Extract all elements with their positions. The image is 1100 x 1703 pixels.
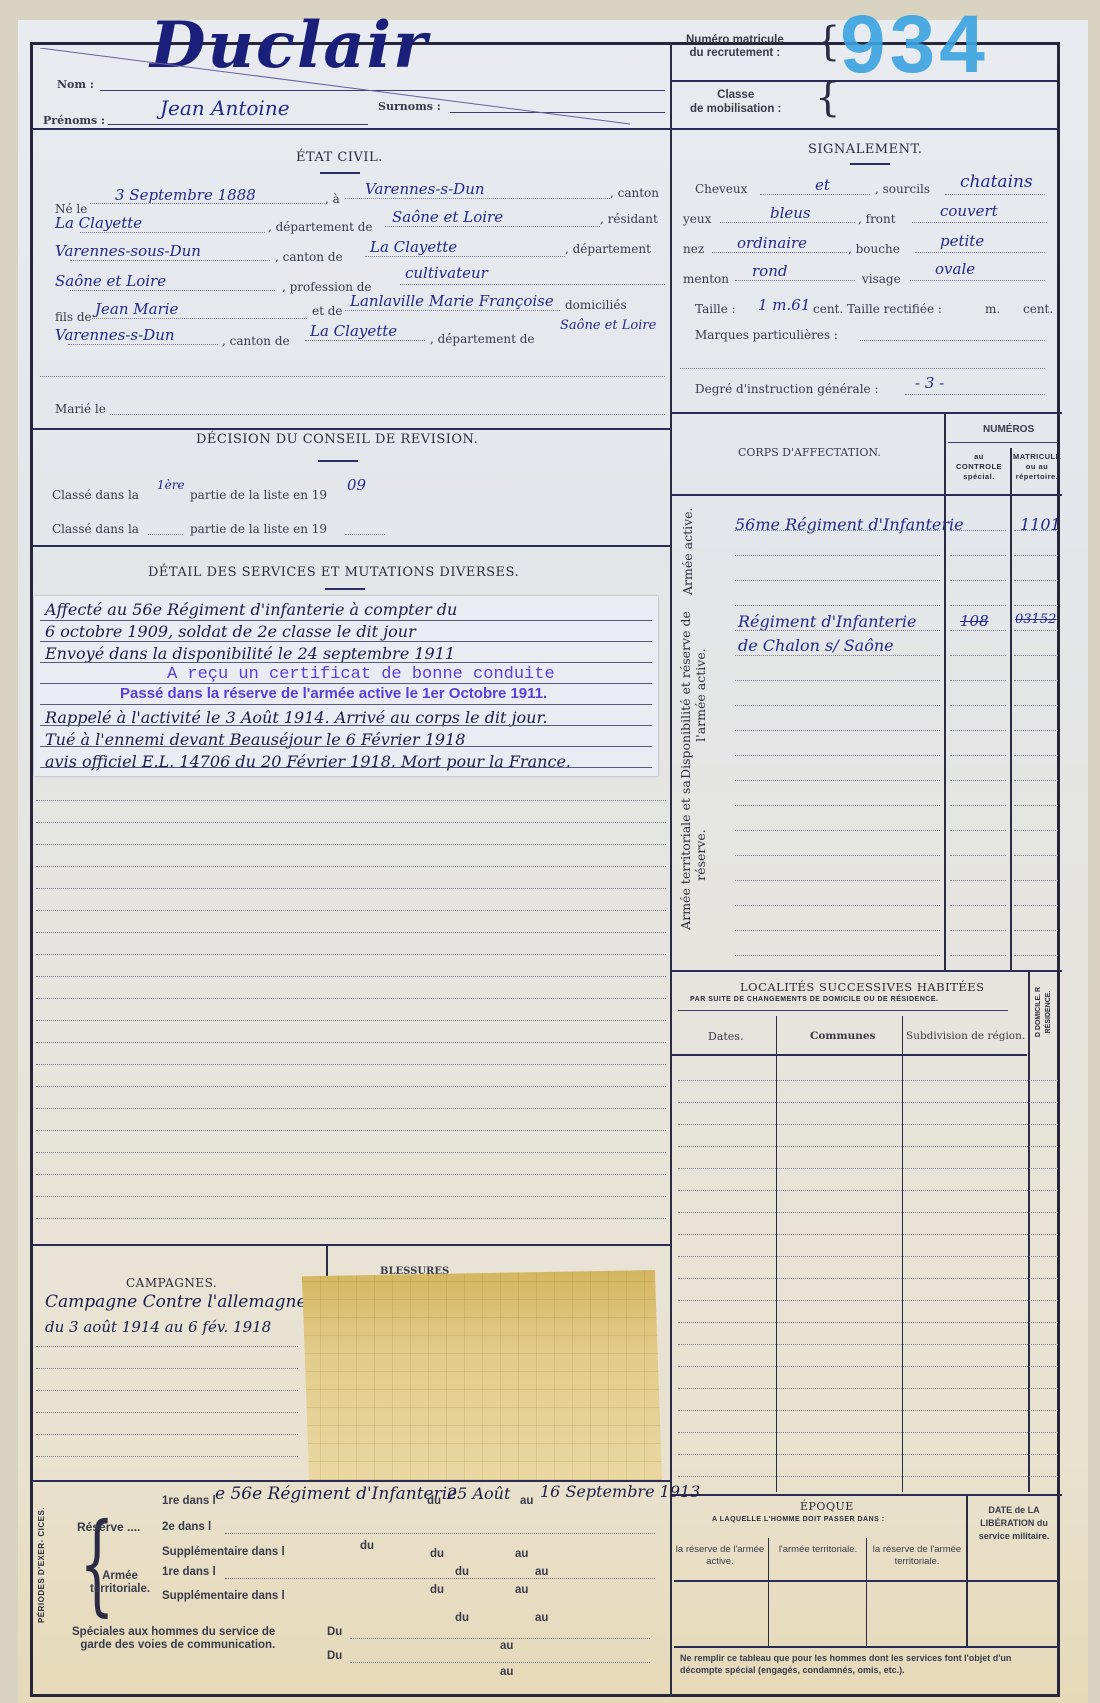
header-divider	[672, 1054, 1027, 1056]
field-line	[90, 203, 325, 204]
ruled-line	[950, 705, 1006, 706]
du-label: du	[360, 1540, 374, 1552]
canton-de-label-3: , canton de	[222, 334, 290, 348]
marques-label: Marques particulières :	[695, 328, 838, 342]
ruled-line	[36, 932, 666, 933]
canton-label: , canton	[610, 186, 659, 200]
ruled-line	[36, 1130, 666, 1131]
field-line	[350, 1662, 650, 1663]
title-underline	[325, 588, 365, 590]
field-line	[712, 252, 847, 253]
territoriale-1-label: 1re dans l	[162, 1566, 216, 1578]
field-line	[385, 226, 600, 227]
ruled-line	[36, 1346, 298, 1347]
partie-value: 1ère	[157, 478, 185, 492]
du-label: du	[455, 1612, 469, 1624]
epoque-note: Ne remplir ce tableau que pour les homme…	[680, 1652, 1055, 1676]
disponibilite-matricule: 03152	[1015, 612, 1056, 627]
front-value: couvert	[940, 202, 998, 220]
ruled-line	[735, 855, 940, 856]
ruled-line	[1014, 855, 1058, 856]
ruled-line	[678, 1190, 1058, 1191]
ruled-line	[36, 1412, 298, 1413]
ruled-line	[1014, 580, 1058, 581]
ruled-line	[950, 955, 1006, 956]
classe-label-1: Classe	[717, 89, 754, 101]
field-line	[400, 284, 665, 285]
ruled-line	[678, 1476, 1058, 1477]
disponibilite-controle: 108	[960, 612, 989, 630]
ruled-line	[1014, 630, 1058, 631]
ne-le-value: 3 Septembre 1888	[115, 186, 256, 204]
periodes-exercices-label: PÉRIODES D'EXER- CICES.	[36, 1490, 47, 1640]
ruled-line	[36, 888, 666, 889]
marie-le-label: Marié le	[55, 402, 106, 416]
column-divider	[776, 1016, 777, 1492]
ruled-line	[735, 955, 940, 956]
disponibilite-label: Disponibilité et réserve de l'armée acti…	[678, 610, 708, 780]
resident-label: , résidant	[600, 212, 658, 226]
yeux-value: bleus	[770, 204, 811, 222]
campagnes-title: CAMPAGNES.	[126, 1276, 217, 1290]
ruled-line	[678, 1454, 1058, 1455]
ruled-line	[40, 767, 652, 768]
ruled-line	[950, 755, 1006, 756]
section-divider	[32, 428, 670, 430]
domicile-parents-value: Varennes-s-Dun	[55, 326, 175, 344]
matricule-label-2: du recrutement :	[690, 47, 781, 59]
yeux-label: yeux	[683, 212, 711, 226]
communes-header: Communes	[810, 1030, 875, 1042]
a-label: , à	[325, 192, 340, 206]
du-label: Du	[327, 1626, 342, 1638]
reserve-2-label: 2e dans l	[162, 1521, 211, 1533]
partie-liste-label: partie de la liste en 19	[190, 488, 327, 502]
supplementaire-label: Supplémentaire dans l	[162, 1546, 285, 1558]
ruled-line	[735, 630, 940, 631]
classe-dans-label: Classé dans la	[52, 488, 139, 502]
bouche-label: , bouche	[848, 242, 900, 256]
au-label: au	[535, 1566, 548, 1578]
taille-rectifiee-label: cent. Taille rectifiée :	[813, 302, 942, 316]
field-line	[945, 194, 1045, 195]
ruled-line	[36, 1108, 666, 1109]
field-line	[720, 222, 855, 223]
campagne-line-1: Campagne Contre l'allemagne	[45, 1292, 307, 1312]
header-divider	[948, 442, 1058, 443]
disponibilite-value-1: Régiment d'Infanterie	[738, 612, 917, 631]
ruled-line	[678, 1388, 1058, 1389]
departement-parents-value: Saône et Loire	[560, 318, 656, 333]
fils-de-label: fils de	[55, 310, 92, 324]
service-line: avis officiel E.L. 14706 du 20 Février 1…	[45, 752, 571, 771]
ruled-line	[950, 730, 1006, 731]
ruled-line	[678, 1102, 1058, 1103]
taille-value: 1 m.61	[758, 296, 810, 314]
title-underline	[320, 172, 360, 174]
ruled-line	[678, 1344, 1058, 1345]
canton-residence-value: La Clayette	[370, 238, 457, 256]
ruled-line	[1014, 830, 1058, 831]
au-label: au	[500, 1640, 513, 1652]
dates-header: Dates.	[708, 1030, 743, 1043]
reserve-1-au-value: 16 Septembre 1913	[540, 1482, 700, 1501]
epoque-col-territoriale: l'armée territoriale.	[772, 1544, 864, 1556]
ruled-line	[950, 530, 1006, 531]
ruled-line	[678, 1168, 1058, 1169]
reserve-stamp: Passé dans la réserve de l'armée active …	[120, 685, 547, 702]
localites-title: LOCALITÉS SUCCESSIVES HABITÉES	[740, 980, 985, 994]
ruled-line	[735, 555, 940, 556]
ruled-line	[1014, 655, 1058, 656]
field-line	[345, 310, 560, 311]
field-line	[225, 1578, 655, 1579]
au-label: au	[500, 1666, 513, 1678]
du-label: du	[455, 1566, 469, 1578]
column-divider	[866, 1538, 867, 1646]
field-line	[912, 222, 1047, 223]
reserve-1-du-value: 25 Août	[447, 1484, 510, 1503]
services-title: DÉTAIL DES SERVICES ET MUTATIONS DIVERSE…	[148, 565, 519, 580]
certificat-stamp: A reçu un certificat de bonne conduite	[167, 665, 555, 684]
armee-active-label: Armée active.	[680, 515, 695, 595]
field-line	[80, 232, 265, 233]
column-divider	[902, 1016, 903, 1492]
section-divider	[32, 1244, 670, 1246]
disponibilite-value-2: de Chalon s/ Saône	[738, 636, 894, 655]
ruled-line	[950, 655, 1006, 656]
ruled-line	[1014, 905, 1058, 906]
taille-label: Taille :	[695, 302, 736, 316]
epoque-subtitle: A LAQUELLE L'HOMME DOIT PASSER DANS :	[712, 1516, 885, 1523]
section-divider	[672, 970, 1062, 972]
ruled-line	[735, 755, 940, 756]
ruled-line	[36, 1218, 666, 1219]
territoriale-periode-label: Arméeterritoriale.	[90, 1570, 150, 1596]
mere-value: Lanlaville Marie Françoise	[350, 292, 554, 310]
ruled-line	[678, 1366, 1058, 1367]
epoque-col-reserve-territoriale: la réserve de l'armée territoriale.	[870, 1544, 964, 1568]
ruled-line	[735, 530, 940, 531]
cheveux-value: et	[815, 176, 830, 194]
ruled-line	[1014, 680, 1058, 681]
armee-active-matricule: 1101	[1020, 515, 1061, 534]
departement-residence-value: Saône et Loire	[55, 272, 166, 290]
campagne-line-2: du 3 août 1914 au 6 fév. 1918	[45, 1318, 271, 1336]
field-line	[148, 534, 183, 535]
ruled-line	[950, 880, 1006, 881]
pere-value: Jean Marie	[95, 300, 178, 318]
date-liberation-header: DATE de LA LIBÉRATION du service militai…	[970, 1504, 1058, 1543]
cheveux-label: Cheveux	[695, 182, 747, 196]
ruled-line	[36, 1086, 666, 1087]
speciales-line-1: Spéciales aux hommes du service de	[72, 1626, 275, 1638]
nez-value: ordinaire	[737, 234, 807, 252]
departement-value: Saône et Loire	[392, 208, 503, 226]
header-divider	[32, 128, 1058, 130]
matricule-label-1: Numéro matricule	[686, 34, 784, 46]
column-divider	[944, 414, 946, 970]
ruled-line	[40, 662, 652, 663]
ruled-line	[678, 1410, 1058, 1411]
au-label: au	[515, 1584, 528, 1596]
brace-icon: {	[815, 22, 840, 62]
au-label: au	[515, 1548, 528, 1560]
field-line	[905, 394, 1045, 395]
ruled-line	[678, 1256, 1058, 1257]
ruled-line	[735, 780, 940, 781]
front-label: , front	[858, 212, 896, 226]
degre-instruction-value: - 3 -	[915, 374, 944, 392]
taille-m-label: m.	[985, 302, 1000, 316]
matricule-header: MATRICULE ou au répertoire.	[1013, 452, 1061, 482]
ruled-line	[1014, 530, 1058, 531]
matricule-label: Numéro matriculedu recrutement :	[686, 34, 784, 60]
ruled-line	[735, 805, 940, 806]
field-line	[760, 194, 870, 195]
column-divider	[768, 1538, 769, 1646]
ruled-line	[1014, 605, 1058, 606]
ruled-line	[36, 800, 666, 801]
menton-value: rond	[752, 262, 787, 280]
service-line: Affecté au 56e Régiment d'infanterie à c…	[45, 600, 457, 619]
ruled-line	[36, 866, 666, 867]
ruled-line	[950, 780, 1006, 781]
ruled-line	[1014, 880, 1058, 881]
section-divider	[32, 545, 670, 547]
lieu-naissance-value: Varennes-s-Dun	[365, 180, 485, 198]
ruled-line	[40, 620, 652, 621]
field-line	[365, 256, 565, 257]
ruled-line	[40, 746, 652, 747]
controle-header: au CONTROLE spécial.	[950, 452, 1008, 482]
field-line	[350, 1638, 650, 1639]
au-label: au	[535, 1612, 548, 1624]
ruled-line	[678, 1322, 1058, 1323]
du-label: Du	[327, 1650, 342, 1662]
ruled-line	[36, 976, 666, 977]
ruled-line	[735, 905, 940, 906]
departement-label-2: , département	[565, 242, 651, 256]
field-line	[305, 340, 425, 341]
canton-parents-value: La Clayette	[310, 322, 397, 340]
header-divider	[678, 1010, 1008, 1011]
ruled-line	[950, 830, 1006, 831]
territoriale-supplementaire-label: Supplémentaire dans l	[162, 1590, 285, 1602]
du-label: du	[430, 1584, 444, 1596]
ruled-line	[36, 1064, 666, 1065]
matricule-stamp: 934	[840, 0, 989, 92]
matricule-divider	[672, 80, 1057, 82]
field-line	[915, 252, 1045, 253]
classe-label: Classede mobilisation :	[690, 88, 781, 116]
ruled-line	[36, 1390, 298, 1391]
corps-header: CORPS D'AFFECTATION.	[738, 446, 881, 459]
ruled-line	[36, 844, 666, 845]
etat-civil-title: ÉTAT CIVIL.	[296, 150, 383, 165]
ruled-line	[40, 641, 652, 642]
field-line	[70, 260, 270, 261]
ruled-line	[950, 805, 1006, 806]
ruled-line	[40, 704, 652, 705]
ruled-line	[1014, 555, 1058, 556]
speciales-line-2: garde des voies de communication.	[80, 1639, 275, 1651]
brace-icon: {	[815, 78, 840, 118]
ruled-line	[36, 910, 666, 911]
ruled-line	[950, 555, 1006, 556]
field-line	[345, 198, 610, 199]
du-label: du	[430, 1548, 444, 1560]
departement-label: , département de	[268, 220, 373, 234]
ruled-line	[678, 1124, 1058, 1125]
et-de-label: et de	[312, 304, 343, 318]
service-line: 6 octobre 1909, soldat de 2e classe le d…	[45, 622, 416, 641]
ruled-line	[735, 730, 940, 731]
ruled-line	[678, 1300, 1058, 1301]
header-divider	[674, 1580, 1059, 1582]
domicilies-label: domiciliés	[565, 298, 627, 312]
ruled-line	[36, 954, 666, 955]
column-divider	[1010, 448, 1012, 970]
ruled-line	[950, 930, 1006, 931]
ruled-line	[678, 1234, 1058, 1235]
field-line	[70, 290, 275, 291]
header-divider	[672, 494, 1062, 496]
ruled-line	[735, 580, 940, 581]
title-underline	[850, 163, 890, 165]
ruled-line	[1014, 755, 1058, 756]
ruled-line	[735, 830, 940, 831]
menton-label: menton	[683, 272, 729, 286]
ruled-line	[1014, 930, 1058, 931]
ruled-line	[40, 725, 652, 726]
field-line	[40, 376, 665, 377]
section-divider	[674, 1646, 1059, 1648]
ruled-line	[36, 1456, 298, 1457]
ruled-line	[950, 580, 1006, 581]
profession-value: cultivateur	[405, 264, 488, 282]
classe-label-2: de mobilisation :	[690, 103, 781, 115]
ruled-line	[36, 1368, 298, 1369]
ruled-line	[36, 1152, 666, 1153]
ruled-line	[735, 705, 940, 706]
ruled-line	[1014, 955, 1058, 956]
visage-label: visage	[862, 272, 901, 286]
field-line	[910, 280, 1045, 281]
ruled-line	[1014, 730, 1058, 731]
ruled-line	[36, 822, 666, 823]
strike-line	[40, 48, 640, 128]
ruled-line	[678, 1212, 1058, 1213]
ruled-line	[678, 1146, 1058, 1147]
field-line	[68, 344, 218, 345]
residence-value: Varennes-sous-Dun	[55, 242, 201, 260]
field-line	[860, 340, 1045, 341]
ruled-line	[1014, 780, 1058, 781]
canton-value: La Clayette	[55, 214, 142, 232]
canton-de-label: , canton de	[275, 250, 343, 264]
title-underline	[318, 460, 358, 462]
field-line	[735, 280, 855, 281]
section-divider	[672, 1494, 1062, 1496]
ruled-line	[950, 605, 1006, 606]
bouche-value: petite	[940, 232, 984, 250]
speciales-label: Spéciales aux hommes du service degarde …	[72, 1626, 275, 1652]
decision-title: DÉCISION DU CONSEIL DE REVISION.	[196, 432, 478, 447]
field-line	[345, 534, 385, 535]
au-label: au	[520, 1495, 533, 1507]
ruled-line	[36, 998, 666, 999]
field-line	[92, 318, 307, 319]
territoriale-label-2: territoriale.	[90, 1583, 150, 1595]
ruled-line	[678, 1432, 1058, 1433]
pasted-paper-patch	[302, 1270, 662, 1480]
reserve-label: Réserve ....	[77, 1520, 140, 1534]
field-line	[680, 368, 1045, 369]
section-divider	[672, 412, 1062, 414]
visage-value: ovale	[935, 260, 975, 278]
ruled-line	[950, 905, 1006, 906]
ruled-line	[1014, 705, 1058, 706]
signalement-title: SIGNALEMENT.	[808, 142, 922, 157]
du-label: du	[427, 1495, 441, 1507]
column-divider	[966, 1496, 968, 1646]
partie-liste-label-2: partie de la liste en 19	[190, 522, 327, 536]
ruled-line	[950, 680, 1006, 681]
column-divider	[670, 42, 672, 1697]
ruled-line	[950, 630, 1006, 631]
column-divider	[1028, 972, 1030, 1492]
ruled-line	[36, 1020, 666, 1021]
ruled-line	[735, 655, 940, 656]
ruled-line	[678, 1080, 1058, 1081]
ruled-line	[1014, 805, 1058, 806]
degre-instruction-label: Degré d'instruction générale :	[695, 382, 879, 396]
nez-label: nez	[683, 242, 704, 256]
ruled-line	[735, 680, 940, 681]
ruled-line	[735, 880, 940, 881]
annee-value: 09	[347, 476, 366, 494]
domicile-residence-header: D DOMICILE. R RÉSIDENCE.	[1034, 972, 1054, 1052]
field-line	[225, 1533, 655, 1534]
armee-label: Armée	[102, 1570, 138, 1582]
localites-subtitle: PAR SUITE DE CHANGEMENTS DE DOMICILE OU …	[690, 996, 938, 1003]
sourcils-label: , sourcils	[875, 182, 930, 196]
armee-active-value: 56me Régiment d'Infanterie	[735, 515, 964, 534]
ruled-line	[735, 930, 940, 931]
reserve-1-value: e 56e Régiment d'Infanterie	[215, 1484, 457, 1504]
taille-cent-label: cent.	[1023, 302, 1053, 316]
epoque-title: ÉPOQUE	[800, 1500, 854, 1513]
classe-dans-label-2: Classé dans la	[52, 522, 139, 536]
reserve-1-label: 1re dans l	[162, 1495, 216, 1507]
ruled-line	[735, 605, 940, 606]
ruled-line	[36, 1196, 666, 1197]
ruled-line	[950, 855, 1006, 856]
territoriale-label: Armée territoriale et sa réserve.	[678, 780, 708, 930]
numeros-header: NUMÉROS	[983, 424, 1034, 435]
ruled-line	[36, 1174, 666, 1175]
sourcils-value: chatains	[960, 172, 1033, 192]
subdivision-header: Subdivision de région.	[906, 1030, 1025, 1042]
field-line	[110, 414, 665, 415]
epoque-col-reserve-active: la réserve de l'armée active.	[674, 1544, 766, 1568]
service-line: Envoyé dans la disponibilité le 24 septe…	[45, 644, 455, 663]
ruled-line	[678, 1278, 1058, 1279]
departement-label-3: , département de	[430, 332, 535, 346]
ruled-line	[36, 1042, 666, 1043]
ruled-line	[36, 1434, 298, 1435]
